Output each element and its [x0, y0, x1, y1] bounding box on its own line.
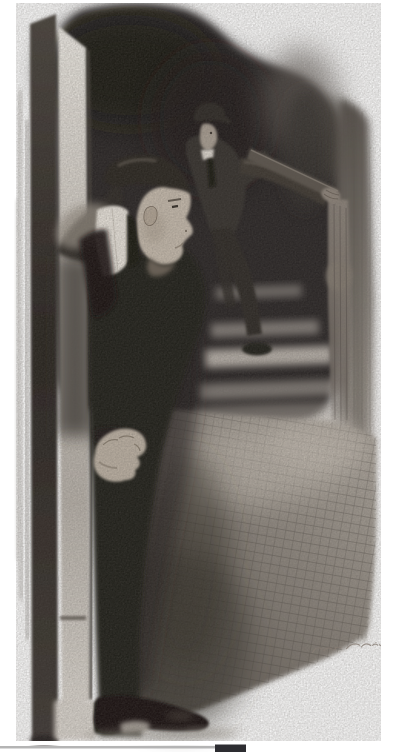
illustration-figure [0, 0, 400, 752]
paper-grain-texture [16, 2, 388, 742]
scanned-page [0, 0, 400, 752]
bottom-dark-block [215, 745, 246, 752]
bottom-rule-line [0, 746, 216, 749]
